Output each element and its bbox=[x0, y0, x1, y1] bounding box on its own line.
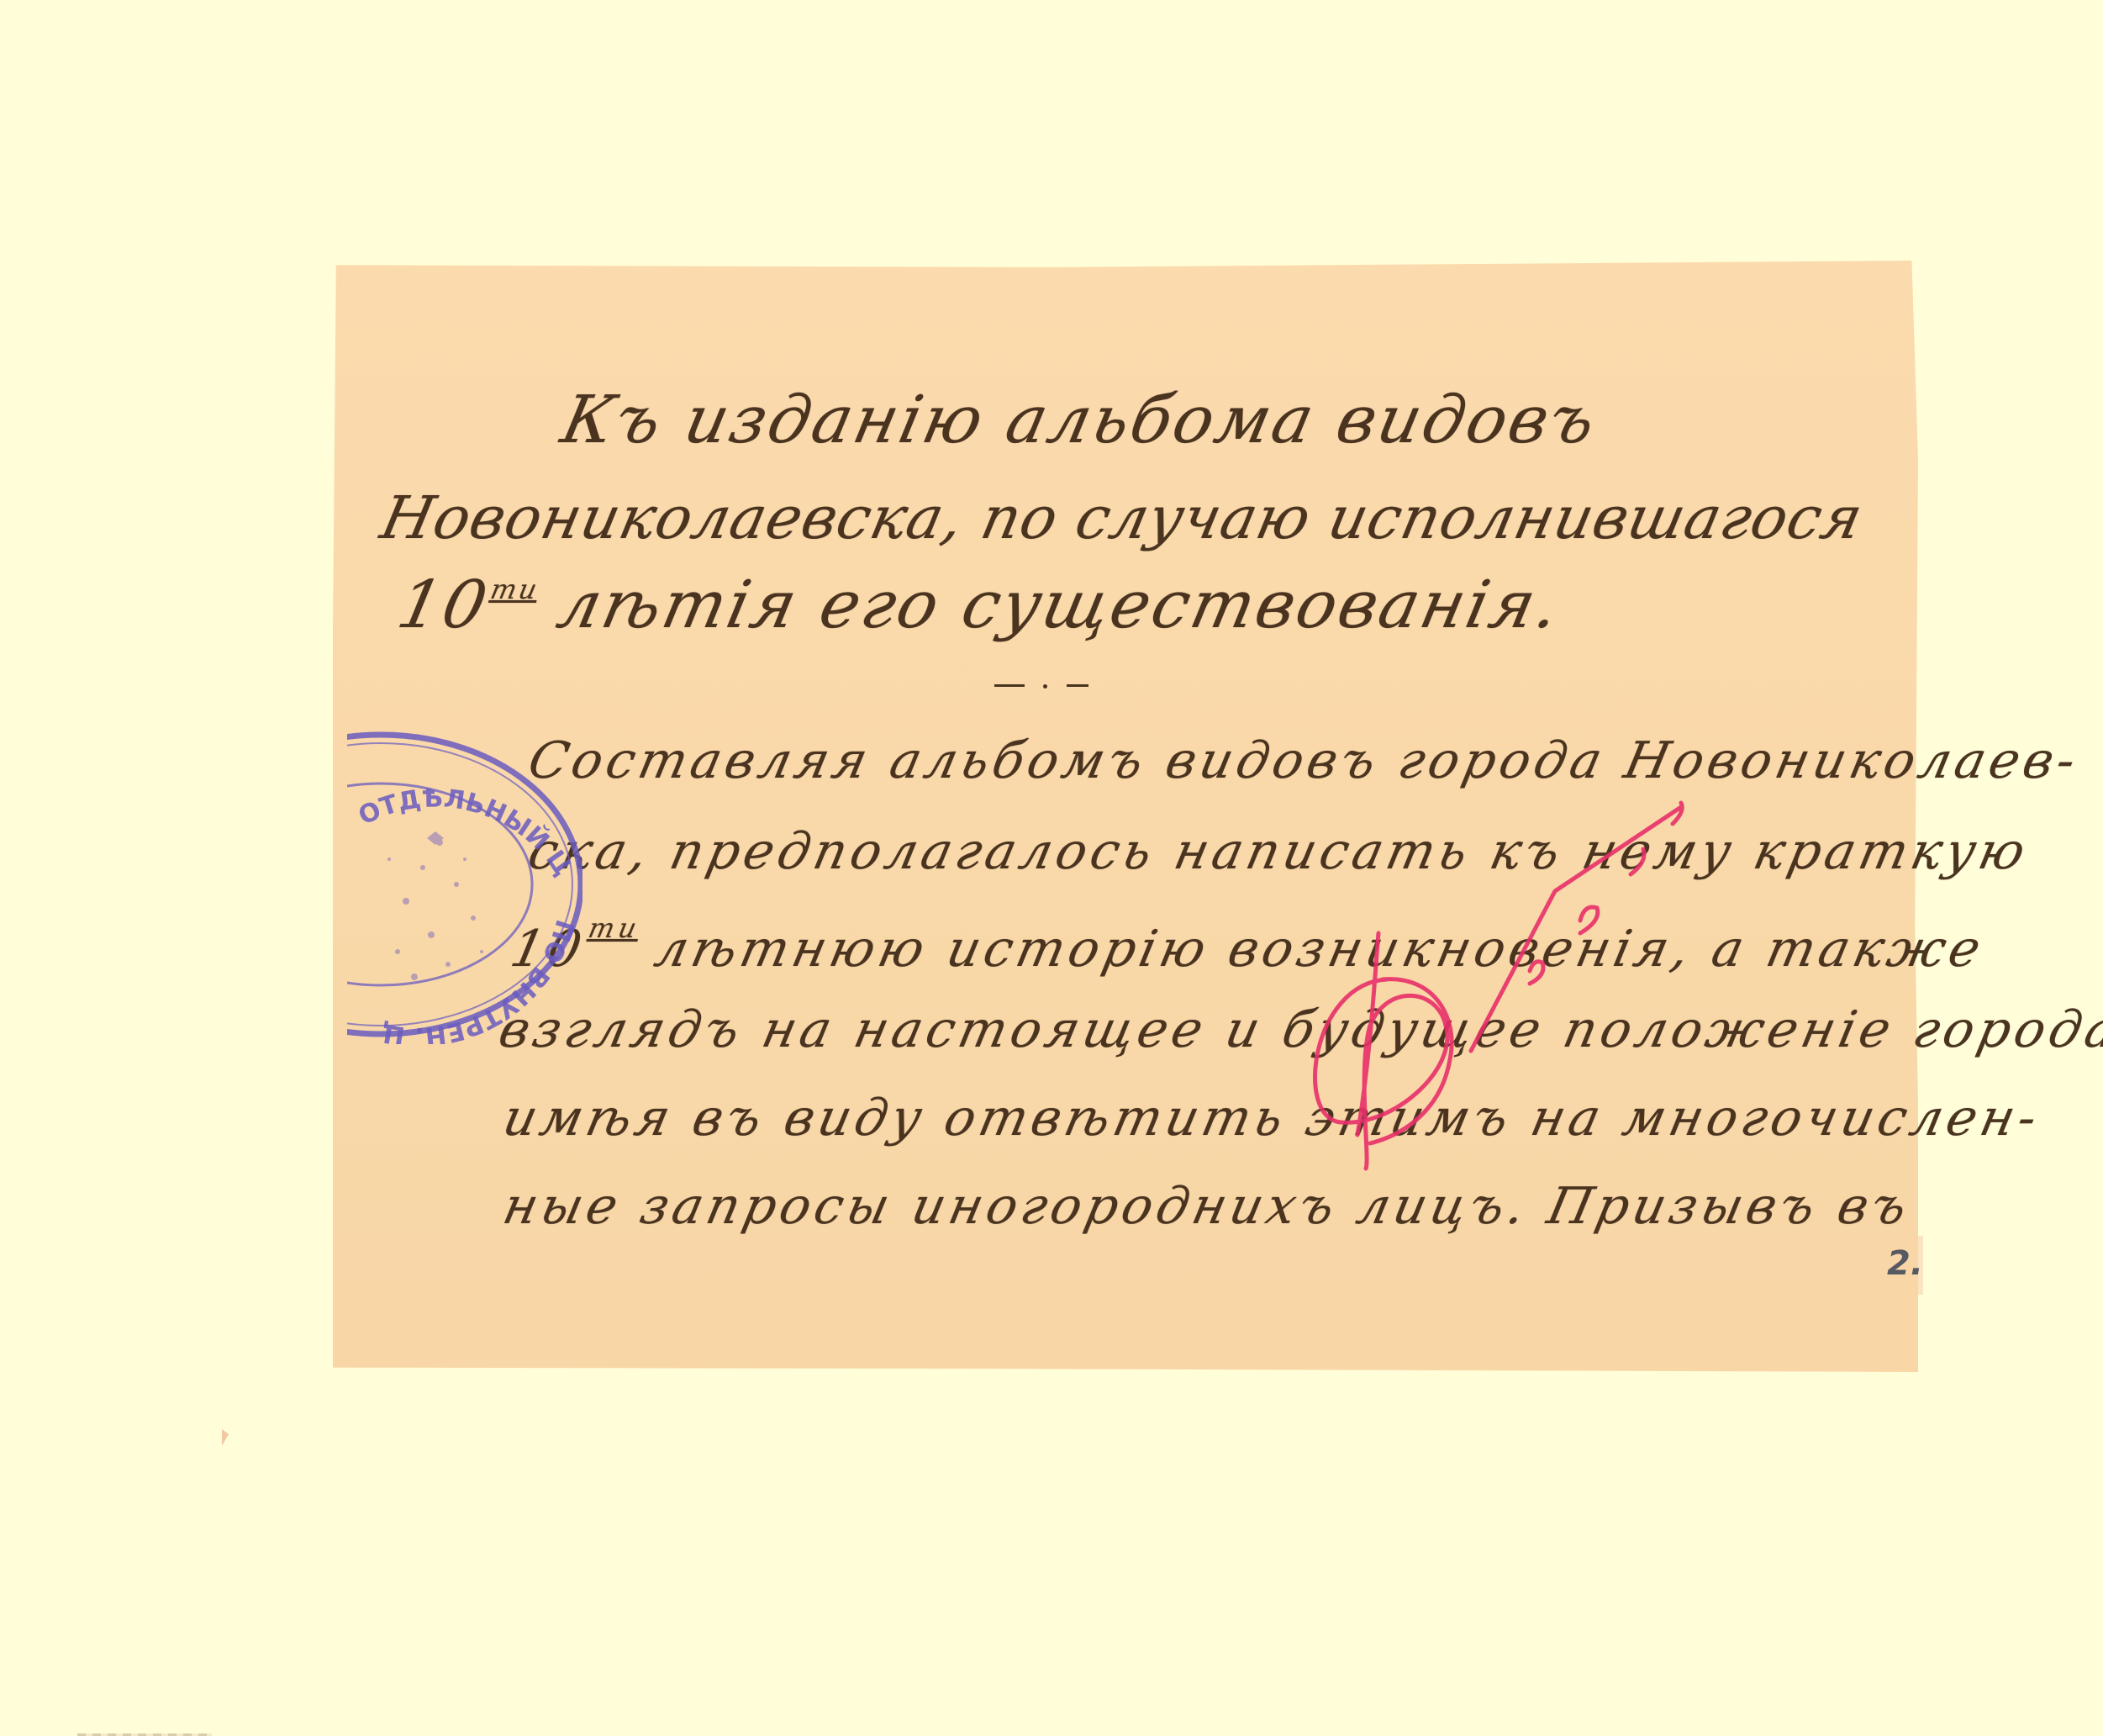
scan-artifact bbox=[222, 1429, 229, 1446]
body-line-2: ска, предполагалось написать къ нему кра… bbox=[524, 822, 2035, 881]
body-line-3: 10ти лѣтнюю исторію возникновенія, а так… bbox=[506, 912, 1992, 979]
heading-line-3: 10ти лѣтія его существованія. bbox=[391, 567, 1568, 643]
body-line-5: имѣя въ виду отвѣтить этимъ на многочисл… bbox=[498, 1089, 2047, 1148]
svg-text:ПО ВНУТРЕН. ЦЕНЗ.: ПО ВНУТРЕН. ЦЕНЗ. bbox=[347, 725, 579, 1044]
body-superscript: ти bbox=[586, 912, 644, 944]
stamp-seal-icon: ОТДѢЛЬНЫЙ ЦЕНЗОРЪ ПО ВНУТРЕН. ЦЕНЗ. bbox=[347, 725, 582, 1044]
page-number: 2. bbox=[1887, 1244, 1923, 1283]
section-divider bbox=[994, 683, 1070, 688]
body-line-1: Составляя альбомъ видовъ города Новонико… bbox=[524, 731, 2085, 790]
censor-stamp: ОТДѢЛЬНЫЙ ЦЕНЗОРЪ ПО ВНУТРЕН. ЦЕНЗ. bbox=[347, 725, 582, 1044]
heading-line-2: Новониколаевска, по случаю исполнившагос… bbox=[375, 483, 1869, 552]
heading-line-3-text: лѣтія его существованія. bbox=[551, 567, 1568, 643]
body-line-6: ные запросы иногороднихъ лицъ. Призывъ в… bbox=[498, 1177, 1916, 1236]
heading-superscript: ти bbox=[488, 573, 542, 605]
body-line-3-text: лѣтнюю исторію возникновенія, а также bbox=[650, 920, 1990, 979]
body-line-4: взглядъ на настоящее и будущее положеніе… bbox=[494, 1000, 2103, 1059]
heading-number: 10 bbox=[391, 567, 495, 643]
heading-line-1: Къ изданію альбома видовъ bbox=[555, 383, 1604, 458]
